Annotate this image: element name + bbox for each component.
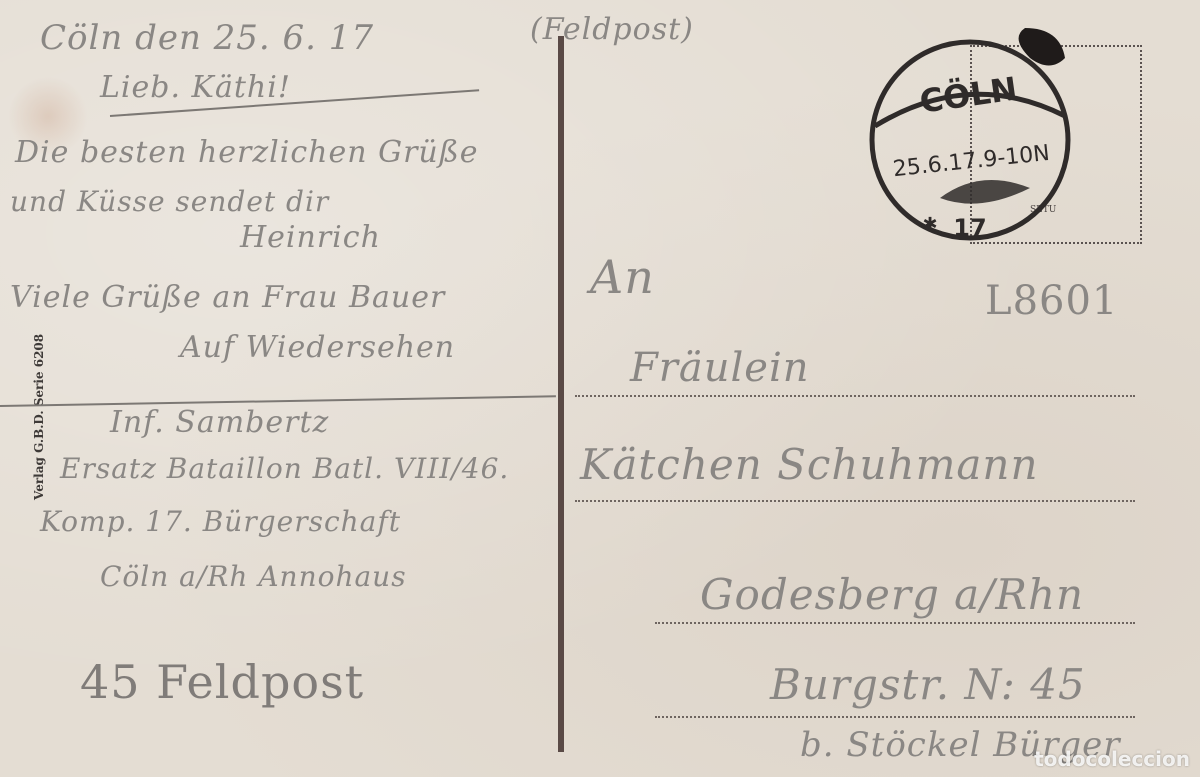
- sender-location: Cöln a/Rh Annohaus: [100, 560, 407, 593]
- recipient-city: Godesberg a/Rhn: [700, 570, 1084, 619]
- svg-text:✱: ✱: [922, 214, 937, 235]
- address-line-2: [575, 500, 1135, 502]
- message-line: Auf Wiedersehen: [180, 330, 455, 365]
- address-line-4: [655, 716, 1135, 718]
- message-line: und Küsse sendet dir: [10, 185, 329, 218]
- recipient-street: Burgstr. N: 45: [770, 660, 1086, 709]
- postmark-icon: CÖLN 25.6.17.9-10N 17 ✱: [860, 28, 1080, 248]
- svg-text:CÖLN: CÖLN: [917, 69, 1019, 120]
- address-title: Fräulein: [630, 345, 810, 391]
- svg-text:25.6.17.9-10N: 25.6.17.9-10N: [892, 141, 1051, 182]
- watermark: todocoleccion: [1034, 747, 1190, 771]
- address-line-1: [575, 395, 1135, 397]
- message-salutation: Lieb. Käthi!: [100, 70, 291, 105]
- sender-unit: Ersatz Bataillon Batl. VIII/46.: [60, 452, 509, 485]
- catalog-number: L8601: [985, 278, 1118, 324]
- recipient-name: Kätchen Schuhmann: [580, 440, 1039, 489]
- sender-company: Komp. 17. Bürgerschaft: [40, 505, 401, 538]
- address-line-3: [655, 622, 1135, 624]
- message-signature: Heinrich: [240, 220, 381, 255]
- center-divider: [558, 36, 564, 752]
- message-date-line: Cöln den 25. 6. 17: [40, 18, 374, 58]
- publisher-imprint: Verlag G.B.D. Serie 6208: [32, 334, 46, 500]
- message-line: Die besten herzlichen Grüße: [15, 135, 479, 170]
- svg-text:17: 17: [953, 214, 986, 242]
- address-greeting: An: [590, 250, 655, 304]
- postcard: Verlag G.B.D. Serie 6208 Cöln den 25. 6.…: [0, 0, 1200, 777]
- sender-name: Inf. Sambertz: [110, 405, 329, 440]
- message-line: Viele Grüße an Frau Bauer: [10, 280, 445, 315]
- feldpost-note: 45 Feldpost: [80, 655, 364, 709]
- service-note: (Feldpost): [530, 12, 694, 47]
